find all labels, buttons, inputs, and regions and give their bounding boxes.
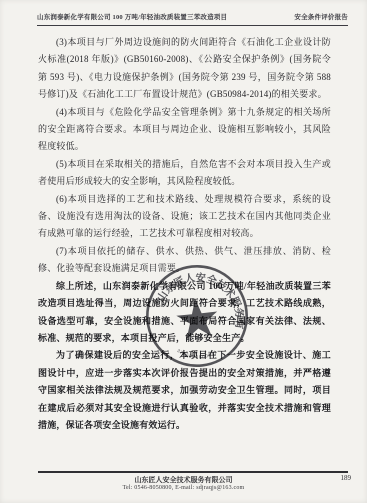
paragraph: 综上所述，山东润泰新化学有限公司 100 万吨/年轻油改质装置三苯改造项目选址得… [38, 278, 331, 348]
footer-contact-info: Tel: 0546-8050800, E-mail: sdjraqjs@163.… [0, 485, 367, 491]
paragraph: 为了确保建设后的安全运行，本项目在下一步安全设施设计、施工图设计中，应进一步落实… [38, 347, 331, 434]
paragraph: (4)本项目与《危险化学品安全管理条例》第十九条规定的相关场所的安全距离符合要求… [38, 104, 331, 156]
paragraph: (3)本项目与厂外周边设施间的防火间距符合《石油化工企业设计防火标准(2018 … [38, 34, 331, 104]
header-report-title: 安全条件评价报告 [294, 12, 348, 21]
footer-company-name: 山东匠人安全技术服务有限公司 [0, 475, 367, 485]
footer-divider [38, 471, 348, 473]
paragraph: (7)本项目依托的储存、供水、供热、供气、泄压排放、消防、检修、化验等配套设施满… [38, 243, 331, 278]
paragraph: (5)本项目在采取相关的措施后，自然危害不会对本项目投入生产或者使用后形成较大的… [38, 156, 331, 191]
document-page: 山东润泰新化学有限公司 100 万吨/年轻油改质装置三苯改造项目 安全条件评价报… [0, 0, 367, 503]
header-project-title: 山东润泰新化学有限公司 100 万吨/年轻油改质装置三苯改造项目 [37, 12, 227, 21]
paragraph: (6)本项目选择的工艺和技术路线、处理规模符合要求，系统的设备、设施没有选用淘汰… [38, 191, 331, 243]
body-paragraphs: (3)本项目与厂外周边设施间的防火间距符合《石油化工企业设计防火标准(2018 … [38, 34, 331, 434]
page-header: 山东润泰新化学有限公司 100 万吨/年轻油改质装置三苯改造项目 安全条件评价报… [37, 12, 348, 26]
page-number: 189 [341, 474, 352, 482]
